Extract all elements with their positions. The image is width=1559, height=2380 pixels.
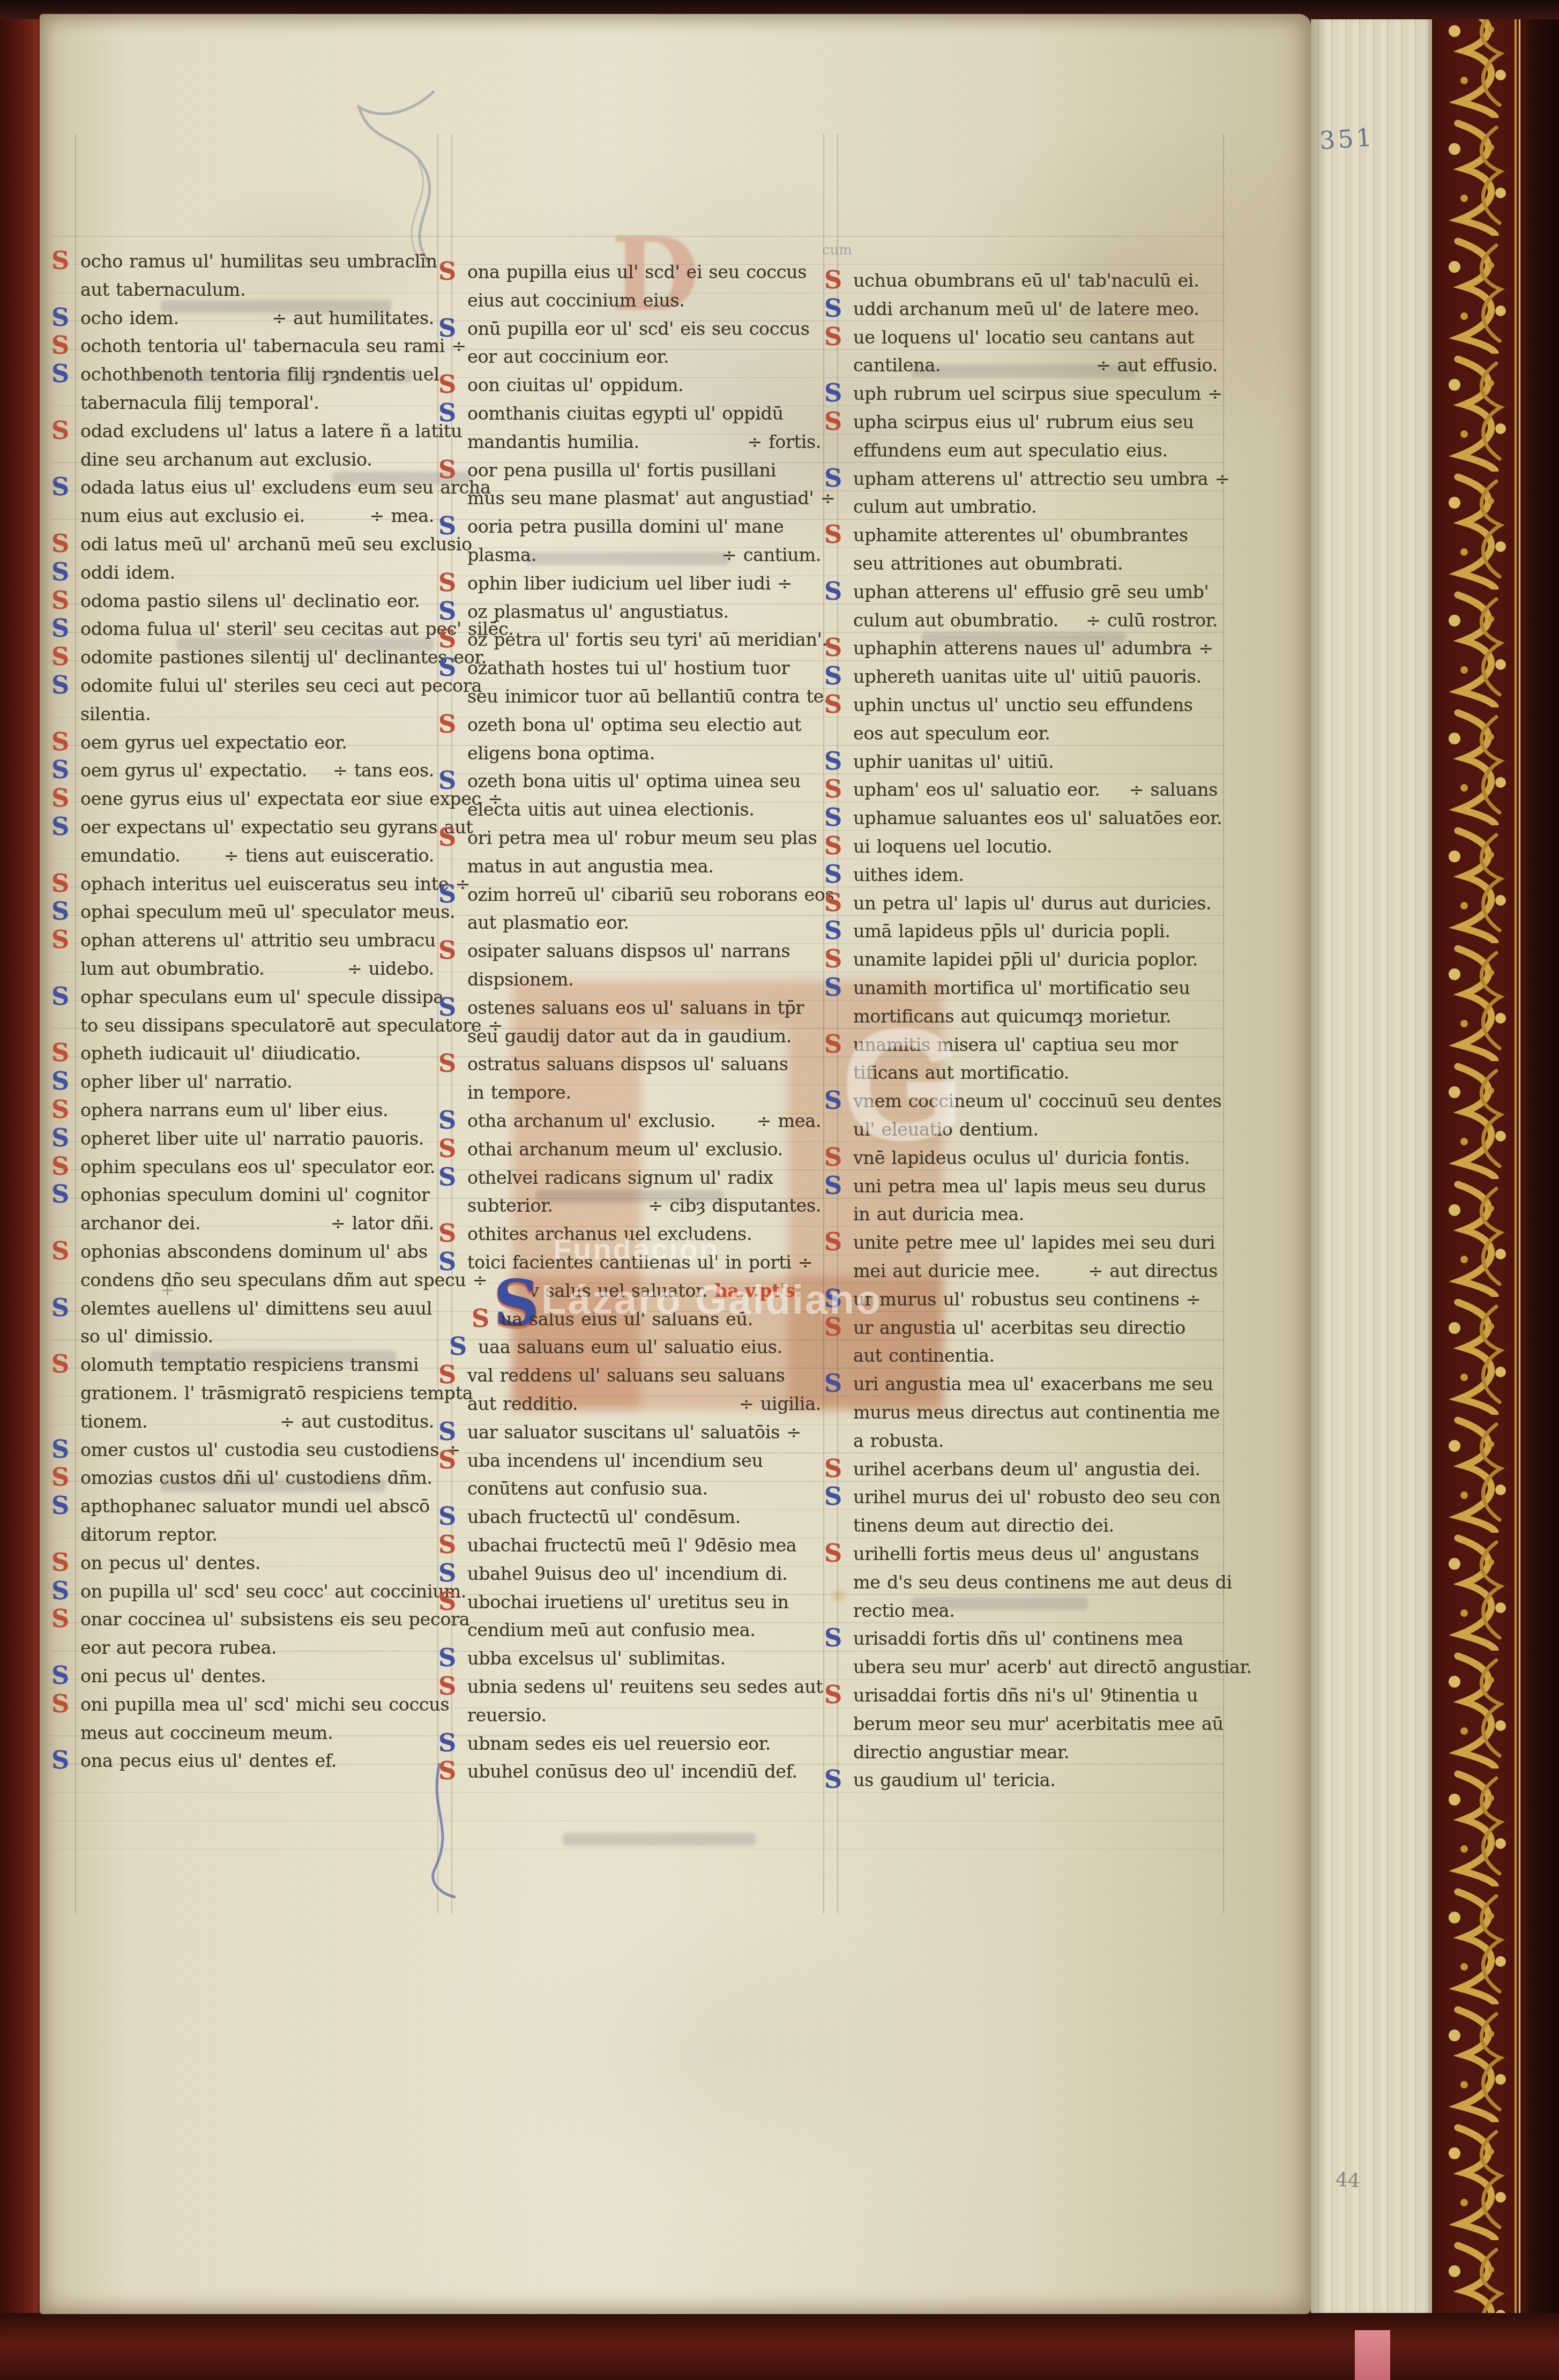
entry-initial: S [824,579,842,603]
entry-text: uchua obumbrans eū ul' tab'naculū ei. [853,270,1199,291]
entry-text: uar saluator suscitans ul' saluatōis ÷ [467,1422,801,1443]
entry-text: uph rubrum uel scirpus siue speculum ÷ [853,383,1222,404]
manuscript-text-line: Suddi archanum meū ul' de latere meo. [853,299,1218,326]
manuscript-text-line: seu inimicor tuor aū bellantiū contra te… [467,686,821,714]
entry-text: ophach interitus uel euisceratus seu int… [80,874,470,894]
manuscript-text-line: Sophin liber iudicium uel liber iudi ÷ [467,573,821,601]
entry-initial: S [51,786,69,810]
manuscript-text-line: meus aut coccineum meum. [80,1722,434,1750]
entry-text: ubachai fructectū meū l' 9dēsio mea [467,1535,796,1556]
entry-initial: S [824,267,842,292]
manuscript-text-line: Subahel 9uisus deo ul' incendium di. [467,1563,821,1591]
entry-initial: S [51,1295,69,1320]
entry-initial: S [824,946,842,971]
entry-text: oni pecus ul' dentes. [80,1666,266,1687]
manuscript-text-line: Suphin unctus ul' unctio seu effundens [853,695,1218,722]
manuscript-text-line: Soddi idem. [80,562,434,590]
entry-text: reuersio. [467,1705,547,1726]
manuscript-text-line: Sopheret liber uite ul' narratio pauoris… [80,1128,434,1156]
entry-text: aut tabernaculum. [80,279,245,300]
entry-text: urihel acerbans deum ul' angustia dei. [853,1459,1200,1480]
entry-text: ue loquens ul' locatio seu cantans aut [853,327,1194,348]
line-tail: ÷ culū rostror. [1086,610,1218,631]
manuscript-text-line: so ul' dimissio. [80,1326,434,1354]
entry-text: ophan atterens ul' attritio seu umbracu [80,930,436,951]
entry-text: ooria petra pusilla domini ul' mane [467,516,784,537]
entry-text: ur angustia ul' acerbitas seu directio [853,1317,1185,1338]
entry-text: unamith mortifica ul' mortificatio seu [853,978,1190,998]
manuscript-text-line: aut plasmatio eor. [467,912,821,940]
entry-text: us gaudium ul' tericia. [853,1770,1056,1790]
manuscript-text-line: Sostratus saluans dispsos ul' saluans [467,1054,821,1081]
entry-text: ophonias abscondens dominum ul' abs [80,1241,428,1262]
entry-initial: S [438,1730,456,1755]
manuscript-text-line: berum meor seu mur' acerbitatis mee aū [853,1713,1218,1741]
entry-initial: S [51,1691,69,1716]
entry-text: odomite pastiones silentij ul' declinant… [80,647,487,668]
entry-text: tificans aut mortificatio. [853,1062,1069,1083]
entry-text: ophim speculans eos ul' speculator eor. [80,1157,435,1177]
entry-text: ophai speculum meū ul' speculator meus. [80,901,455,922]
manuscript-text-line: Sophonias speculum domini ul' cognitor [80,1184,434,1212]
manuscript-text-line: aut continentia. [853,1345,1218,1373]
entry-text: cantilena. [853,355,941,376]
entry-initial: S [824,1173,842,1198]
entry-initial: S [51,333,69,357]
line-tail: ÷ mea. [369,505,434,526]
manuscript-text-line: Soomthanis ciuitas egypti ul' oppidū [467,403,821,431]
line-tail: ÷ tiens aut euisceratio. [224,845,434,866]
entry-text: silentia. [80,704,151,725]
manuscript-text-line: Sumā lapideus pp̄ls ul' duricia popli. [853,921,1218,949]
red-rubric: ha.v.pt's. [707,1280,801,1301]
manuscript-text-line: rectio mea. [853,1600,1218,1628]
entry-initial: S [51,1550,69,1575]
entry-text: unamitis misera ul' captiua seu mor [853,1034,1178,1055]
entry-text: othelvei radicans signum ul' radix [467,1167,773,1188]
manuscript-text-line: Surihel murus dei ul' robusto deo seu co… [853,1487,1218,1514]
manuscript-text-line: Sostenes saluans eos ul' saluans in tp̄r [467,997,821,1025]
entry-initial: S [824,1032,842,1056]
manuscript-text-line: Surisaddi fortis dñs ul' continens mea [853,1628,1218,1656]
manuscript-text-line: Sopher liber ul' narratio. [80,1071,434,1099]
manuscript-text-line: Sus gaudium ul' tericia. [853,1770,1218,1797]
entry-initial: S [51,1125,69,1150]
entry-text: uphamue saluantes eos ul' saluatōes eor. [853,808,1222,829]
manuscript-text-line: Subochai iruetiens ul' uretitus seu in [467,1592,821,1620]
entry-initial: S [824,635,842,660]
entry-text: odada latus eius ul' excludens eum seu a… [80,477,491,498]
entry-initial: S [824,1625,842,1650]
page-block-edges [1311,14,1432,2318]
entry-text: oem gyrus uel expectatio eor. [80,732,347,753]
entry-initial: S [824,1315,842,1339]
entry-initial: S [51,588,69,613]
entry-initial: S [51,673,69,697]
entry-text: grationem. l' trāsmigratō respiciens tem… [80,1383,473,1404]
manuscript-text-line: Sotha archanum ul' exclusio.÷ mea. [467,1110,821,1138]
manuscript-text-line: Solemtes auellens ul' dimittens seu auul [80,1298,434,1326]
manuscript-text-line: Socho idem.÷ aut humilitates. [80,308,434,335]
entry-initial: S [824,1371,842,1396]
entry-initial: S [51,1352,69,1376]
entry-text: oz petra ul' fortis seu tyri' aū meridia… [467,629,827,650]
manuscript-text-line: Sapthophanec saluator mundi uel abscō [80,1496,434,1524]
entry-text: ozeth bona ul' optima seu electio aut [467,714,801,735]
entry-text: upham' eos ul' saluatio eor. [853,779,1100,800]
manuscript-text-line: seu gaudij dator aut da in gaudium. [467,1026,821,1054]
manuscript-text-line: Soene gyrus eius ul' expectata eor siue … [80,788,434,816]
manuscript-text-line: Suphamite atterentes ul' obumbrantes [853,525,1218,553]
entry-text: ur murus ul' robustus seu continens ÷ [853,1289,1200,1310]
entry-text: ostenes saluans eos ul' saluans in tp̄r [467,997,804,1018]
entry-text: vnem coccineum ul' coccinuū seu dentes [853,1091,1221,1111]
manuscript-text-line: Sonar coccinea ul' subsistens eis seu pe… [80,1609,434,1637]
manuscript-text-line: Soem gyrus uel expectatio eor. [80,732,434,760]
entry-text: tinens deum aut directio dei. [853,1515,1114,1536]
manuscript-text-line: tabernacula filij temporal'. [80,392,434,420]
entry-text: urihelli fortis meus deus ul' angustans [853,1543,1199,1564]
manuscript-text-line: cantilena.÷ aut effusio. [853,355,1218,383]
entry-text: uni petra mea ul' lapis meus seu durus [853,1176,1206,1197]
entry-initial: S [438,400,456,425]
entry-initial: S [51,305,69,330]
pencil-foliation: 44 [1335,2169,1361,2192]
manuscript-text-line: Sodoma fulua ul' steril' seu cecitas aut… [80,618,434,646]
entry-text: ona pupilla eius ul' scd' ei seu coccus [467,262,807,282]
line-tail: ÷ saluans [1129,779,1218,800]
entry-text: murus meus directus aut continentia me [853,1402,1220,1423]
entry-text: urisaddi fortis dñs ul' continens mea [853,1628,1183,1649]
entry-initial: S [51,1097,69,1122]
manuscript-text-line: Sothites archanus uel excludens. [467,1223,821,1251]
entry-initial: S [438,372,456,397]
entry-initial: S [438,1136,456,1161]
manuscript-text-line: Sozeth bona ul' optima seu electio aut [467,714,821,742]
manuscript-text-line: archanor dei.÷ lator dñi. [80,1213,434,1241]
manuscript-text-line: Sophim speculans eos ul' speculator eor. [80,1157,434,1184]
entry-text: a robusta. [853,1430,944,1451]
entry-initial: S [824,1088,842,1113]
line-tail: ÷ tans eos. [333,760,434,781]
entry-initial: S [51,1040,69,1065]
vertical-ruling [1223,134,1224,1913]
manuscript-text-line: Sochothbenoth tentoria filij rȝndentis u… [80,364,434,392]
manuscript-text-line: Subach fructectū ul' condēsum. [467,1506,821,1534]
manuscript-text-line: Suri angustia mea ul' exacerbans me seu [853,1374,1218,1401]
entry-initial: S [824,324,842,349]
manuscript-text-line: culum aut obumbratio.÷ culū rostror. [853,610,1218,638]
entry-initial: S [824,380,842,405]
entry-text: oon ciuitas ul' oppidum. [467,375,683,396]
manuscript-text-line: Sothai archanum meum ul' exclusio. [467,1139,821,1167]
manuscript-text-line: ditorum reptor. [80,1524,434,1552]
entry-initial: S [824,409,842,434]
entry-text: uphamite atterentes ul' obumbrantes [853,525,1188,546]
entry-text: oddi idem. [80,562,175,583]
entry-initial: S [824,1541,842,1565]
manuscript-text-line: Sodi latus meū ul' archanū meū seu exclu… [80,534,434,562]
entry-initial: S [51,1606,69,1631]
manuscript-text-line: Surihelli fortis meus deus ul' angustans [853,1543,1218,1571]
entry-text: aut plasmatio eor. [467,912,629,933]
folio-number: 351 [1318,122,1375,155]
entry-initial: S [824,805,842,830]
entry-initial: S [438,768,456,793]
manuscript-text-line: mortificans aut quicumqȝ morietur. [853,1006,1218,1034]
entry-text: mortificans aut quicumqȝ morietur. [853,1006,1171,1027]
manuscript-text-line: Suph rubrum uel scirpus siue speculum ÷ [853,383,1218,411]
entry-text: in tempore. [467,1082,571,1103]
entry-text: tionem. [80,1411,147,1432]
entry-text: oem gyrus ul' expectatio. [80,760,307,781]
entry-initial: S [51,729,69,754]
entry-initial: S [438,1645,456,1670]
entry-text: effundens eum aut speculatio eius. [853,440,1168,461]
manuscript-text-line: plasma.÷ cantium. [467,544,821,572]
entry-text: oz plasmatus ul' angustiatus. [467,601,729,622]
entry-text: rectio mea. [853,1600,954,1621]
manuscript-text-line: Sori petra mea ul' robur meum seu plas [467,827,821,855]
entry-text: vnē lapideus oculus ul' duricia fontis. [853,1147,1190,1168]
entry-initial: S [438,1561,456,1585]
manuscript-text-line: mus seu mane plasmat' aut angustiad' ÷ [467,488,821,516]
manuscript-text-line: Sophar speculans eum ul' specule dissipa [80,987,434,1014]
entry-initial: S [824,1229,842,1254]
line-tail: ÷ fortis. [747,431,821,452]
manuscript-text-line: effundens eum aut speculatio eius. [853,440,1218,468]
manuscript-text-line: Supham atterens ul' attrectio seu umbra … [853,468,1218,496]
entry-text: ubnam sedes eis uel reuersio eor. [467,1733,771,1754]
manuscript-text-line: Suphamue saluantes eos ul' saluatōes eor… [853,808,1218,835]
entry-text: ozeth bona uitis ul' optima uinea seu [467,771,801,792]
entry-text: uithes idem. [853,864,964,885]
entry-text: dispsionem. [467,969,573,990]
entry-text: uphir uanitas ul' uitiū. [853,751,1054,772]
entry-text: ori petra mea ul' robur meum seu plas [467,827,817,848]
manuscript-text-line: Suba incendens ul' incendium seu [467,1450,821,1478]
manuscript-text-line: Somer custos ul' custodia seu custodiens… [80,1439,434,1467]
entry-initial: S [51,1663,69,1688]
entry-text: oer expectans ul' expectatio seu gyrans … [80,817,473,838]
entry-text: urihel murus dei ul' robusto deo seu con [853,1487,1220,1508]
manuscript-text-line: murus meus directus aut continentia me [853,1402,1218,1430]
entry-text: uba incendens ul' incendium seu [467,1450,763,1471]
manuscript-text-line: eor aut pecora rubea. [80,1637,434,1665]
entry-initial: S [824,777,842,801]
entry-text: ubochai iruetiens ul' uretitus seu in [467,1592,789,1613]
entry-text: meus aut coccineum meum. [80,1722,333,1743]
entry-initial: S [824,522,842,547]
entry-text: ocho idem. [80,308,179,329]
entry-text: plasma. [467,544,536,565]
entry-initial: S [438,457,456,482]
manuscript-text-line: Sunite petre mee ul' lapides mei seu dur… [853,1232,1218,1260]
entry-initial: S [824,918,842,943]
manuscript-text-line: Soni pupilla mea ul' scd' michi seu cocc… [80,1694,434,1722]
manuscript-text-line: Socho ramus ul' humilitas seu umbraclīn [80,251,434,279]
entry-text: seu inimicor tuor aū bellantiū contra te… [467,686,829,707]
entry-text: oni pupilla mea ul' scd' michi seu coccu… [80,1694,449,1715]
entry-text: uaa saluans eum ul' saluatio eius. [478,1337,782,1357]
manuscript-text-line: Sonū pupilla eor ul' scd' eis seu coccus [467,318,821,346]
entry-text: apthophanec saluator mundi uel abscō [80,1496,430,1517]
manuscript-text-line: dispsionem. [467,969,821,997]
manuscript-text-line: Sval reddens ul' saluans seu saluans [467,1365,821,1393]
manuscript-text-line: Svnem coccineum ul' coccinuū seu dentes [853,1091,1218,1118]
manuscript-text-line: electa uitis aut uinea electionis. [467,799,821,827]
manuscript-text-line: Sunamitis misera ul' captiua seu mor [853,1034,1218,1062]
manuscript-text-line: tionem.÷ aut custoditus. [80,1411,434,1439]
manuscript-text-line: Sozim horreū ul' cibariū seu roborans eo… [467,884,821,912]
entry-text: odi latus meū ul' archanū meū seu exclus… [80,534,472,555]
entry-initial: S [51,531,69,556]
manuscript-text-line: Subachai fructectū meū l' 9dēsio mea [467,1535,821,1563]
entry-initial: S [824,1456,842,1481]
entry-text: unite petre mee ul' lapides mei seu duri [853,1232,1215,1253]
manuscript-text-line: Subnam sedes eis uel reuersio eor. [467,1733,821,1761]
manuscript-text-line: matus in aut angustia mea. [467,856,821,884]
manuscript-text-line: Son pupilla ul' scd' seu cocc' aut cocci… [80,1581,434,1609]
entry-text: opher liber ul' narratio. [80,1071,292,1092]
entry-text: seu gaudij dator aut da in gaudium. [467,1026,792,1047]
line-tail: ÷ aut effusio. [1096,355,1218,376]
manuscript-text-line: directio angustiar mear. [853,1742,1218,1770]
entry-initial: S [51,814,69,839]
entry-initial: S [438,1221,456,1245]
entry-text: othites archanus uel excludens. [467,1223,752,1244]
manuscript-text-line: dine seu archanum aut exclusio. [80,449,434,477]
manuscript-text-line: Soz plasmatus ul' angustiatus. [467,601,821,629]
entry-text: mus seu mane plasmat' aut angustiad' ÷ [467,488,835,509]
entry-initial: S [438,626,456,651]
line-tail: ÷ cantium. [722,544,821,565]
entry-initial: S [51,474,69,499]
entry-initial: S [438,570,456,595]
entry-text: on pupilla ul' scd' seu cocc' aut coccin… [80,1581,466,1602]
entry-initial: S [824,1145,842,1169]
entry-text: uphan atterens ul' effusio grē seu umb' [853,581,1209,602]
entry-initial: S [51,1069,69,1093]
manuscript-text-line: mandantis humilia.÷ fortis. [467,431,821,459]
entry-initial: S [438,259,456,283]
entry-text: upha scirpus eius ul' rubrum eius seu [853,412,1194,432]
line-tail: ÷ uidebo. [347,958,434,979]
manuscript-text-line: lum aut obumbratio.÷ uidebo. [80,958,434,986]
manuscript-text-line: Sozathath hostes tui ul' hostium tuor [467,658,821,685]
entry-text: urisaddai fortis dñs ni's ul' 9tinentia … [853,1685,1198,1706]
entry-initial: S [51,1465,69,1489]
bottom-binding-leather [0,2313,1559,2380]
entry-text: ul' eleuatio dentium. [853,1119,1039,1140]
entry-initial: S [51,616,69,640]
entry-text: directio angustiar mear. [853,1742,1069,1763]
manuscript-text-line: Surisaddai fortis dñs ni's ul' 9tinentia… [853,1685,1218,1713]
manuscript-text-line: Supha scirpus eius ul' rubrum eius seu [853,412,1218,439]
entry-text: eos aut speculum eor. [853,723,1050,744]
line-tail: ÷ uigilia. [739,1393,821,1414]
manuscript-text-line: Suaa saluans eum ul' saluatio eius. [478,1337,821,1364]
entry-initial: S [51,644,69,669]
entry-text: ubach fructectū ul' condēsum. [467,1506,741,1527]
entry-text: num eius aut exclusio ei. [80,505,305,526]
entry-initial: S [438,655,456,680]
entry-text: ochoth tentoria ul' tabernacula seu rami… [80,335,466,356]
manuscript-text-line: Sooria petra pusilla domini ul' mane [467,516,821,544]
manuscript-text-line: Sue loquens ul' locatio seu cantans aut [853,327,1218,355]
entry-text: olemtes auellens ul' dimittens seu auul [80,1298,432,1319]
entry-text: ophar speculans eum ul' specule dissipa [80,987,444,1008]
manuscript-text-line: Suphir uanitas ul' uitiū. [853,751,1218,779]
manuscript-text-line: to seu dissipans speculatorē aut specula… [80,1015,434,1043]
manuscript-text-line: Soor pena pusilla ul' fortis pusillani [467,460,821,488]
manuscript-text-line: a robusta. [853,1430,1218,1458]
entry-text: ochothbenoth tentoria filij rȝndentis ue… [80,364,439,385]
line-tail: ÷ aut humilitates. [272,308,434,329]
entry-text: uphereth uanitas uite ul' uitiū pauoris. [853,666,1202,687]
entry-text: odomite fului ul' steriles seu ceci aut … [80,675,482,696]
entry-text: val reddens ul' saluans seu saluans [467,1365,785,1386]
manuscript-text-line: Sur murus ul' robustus seu continens ÷ [853,1289,1218,1317]
manuscript-text-line: Suphan atterens ul' effusio grē seu umb' [853,581,1218,609]
manuscript-text-line: Supham' eos ul' saluatio eor.÷ saluans [853,779,1218,807]
manuscript-text-line: eos aut speculum eor. [853,723,1218,751]
entry-initial: S [824,663,842,688]
entry-initial: S [438,1249,456,1274]
entry-text: opheret liber uite ul' narratio pauoris. [80,1128,424,1149]
manuscript-text-line: silentia. [80,704,434,732]
entry-text: dine seu archanum aut exclusio. [80,449,372,470]
entry-initial: S [438,1362,456,1387]
manuscript-text-line: seu attritiones aut obumbrati. [853,553,1218,581]
manuscript-text-line: Sosipater saluans dispsos ul' narrans [467,941,821,968]
entry-text: ophera narrans eum ul' liber eius. [80,1100,388,1121]
manuscript-text-line: culum aut umbratio. [853,496,1218,524]
manuscript-text-line: Suphereth uanitas uite ul' uitiū pauoris… [853,666,1218,694]
entry-text: eor aut coccinium eor. [467,346,669,367]
manuscript-text-line: Soem gyrus ul' expectatio.÷ tans eos. [80,760,434,788]
entry-text: oomthanis ciuitas egypti ul' oppidū [467,403,784,424]
entry-initial: S [51,757,69,782]
entry-text: v salus uel saluator. [529,1280,707,1301]
entry-text: odoma pastio silens ul' declinatio eor. [80,591,420,611]
manuscript-text-line: eligens bona optima. [467,743,821,771]
manuscript-text-line: Sodomite fului ul' steriles seu ceci aut… [80,675,434,703]
manuscript-text-line: Suithes idem. [853,864,1218,892]
manuscript-text-line: reuersio. [467,1705,821,1733]
manuscript-text-line: mei aut duricie mee.÷ aut directus [853,1260,1218,1288]
entry-text: ozim horreū ul' cibariū seu roborans eos [467,884,834,905]
manuscript-text-line: Subuhel conūsus deo ul' incendiū def. [467,1761,821,1789]
entry-text: aut redditio. [467,1393,578,1414]
entry-initial: S [824,1484,842,1509]
manuscript-text-line: eor aut coccinium eor. [467,346,821,374]
pink-bookmark-ribbon [1355,2330,1390,2380]
manuscript-text-line: Sodoma pastio silens ul' declinatio eor. [80,591,434,618]
entry-initial: S [438,1419,456,1444]
entry-text: culum aut umbratio. [853,496,1036,517]
entry-text: onar coccinea ul' subsistens eis seu pec… [80,1609,469,1630]
entry-text: othai archanum meum ul' exclusio. [467,1139,783,1160]
entry-text: ubuhel conūsus deo ul' incendiū def. [467,1761,797,1782]
manuscript-text-line: Soni pecus ul' dentes. [80,1666,434,1693]
manuscript-text-line: subterior.÷ cibȝ disputantes. [467,1195,821,1223]
entry-initial: S [438,1532,456,1557]
manuscript-text-line: Sochoth tentoria ul' tabernacula seu ram… [80,335,434,363]
entry-initial: S [824,833,842,858]
entry-initial: S [824,296,842,320]
entry-initial: S [824,975,842,999]
